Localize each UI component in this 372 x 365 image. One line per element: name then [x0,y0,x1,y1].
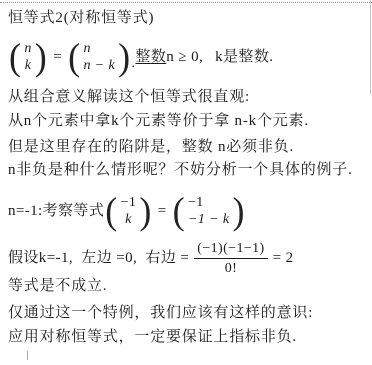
binomial-stack: −1 −1 − k [185,194,233,228]
heading-identity-title: 恒等式2(对称恒等式) [8,9,154,28]
condition-underlined-text: 整数 [135,48,166,67]
table-gridline-right [370,0,371,94]
binomial-upper-index: n [83,40,90,57]
binomial-paren-right: ) [233,192,245,230]
binomial-upper-index: n [24,40,31,57]
binomial-stack: n k [21,40,34,74]
fraction: (−1)(−1−1) 0! [194,240,267,277]
formula-prefix-text: n=-1:考察等式 [8,202,104,221]
paragraph-intro: 从组合意义解读这个恒等式很直观: [8,88,250,107]
formula-symmetric-identity: ( n k ) = ( n n − k ) . 整数 n ≥ 0, k是整数. [8,33,273,81]
formula-evaluation: 假设k=-1, 左边 =0, 右边 = (−1)(−1−1) 0! = 2 [8,240,294,276]
binomial-lhs: ( −1 k ) [105,193,151,229]
paragraph-lesson-intro: 仅通过这一个特例，我们应该有这样的意识: [8,304,313,323]
equals-sign: = [53,48,62,67]
binomial-lower-index: k [25,57,32,74]
formula-prefix-text: 假设k=-1, 左边 =0, 右边 = [8,249,189,268]
binomial-paren-right: ) [35,38,47,76]
paragraph-lesson: 应用对称恒等式，一定要保证上指标非负. [8,328,297,347]
binomial-paren-left: ( [173,192,185,230]
binomial-paren-left: ( [9,38,21,76]
document-page: 恒等式2(对称恒等式) ( n k ) = ( n n − k ) . 整数 n… [0,0,372,365]
fraction-denominator: 0! [225,259,237,277]
binomial-lower-index: n − k [83,57,115,74]
paragraph-combinatorial-meaning: 从n个元素中拿k个元素等价于拿 n-k个元素. [8,112,309,131]
paragraph-trap-warning: 但是这里存在的陷阱是，整数 n必须非负. [8,138,294,157]
binomial-paren-right: ) [139,192,151,230]
binomial-upper-index: −1 [121,194,137,211]
binomial-lower-index: −1 − k [188,211,230,228]
binomial-paren-right: ) [118,38,130,76]
binomial-rhs: ( −1 −1 − k ) [173,193,245,229]
binomial-rhs: ( n n − k ) [68,39,130,75]
condition-text: n ≥ 0, [166,48,203,67]
formula-example-n-minus-1: n=-1:考察等式 ( −1 k ) = ( −1 −1 − k ) [8,187,246,235]
fraction-numerator: (−1)(−1−1) [194,240,267,259]
binomial-paren-left: ( [105,192,117,230]
formula-result-text: = 2 [273,249,294,268]
binomial-paren-left: ( [68,38,80,76]
table-gridline-top [0,2,372,3]
equals-sign: = [158,202,167,221]
binomial-upper-index: −1 [188,194,204,211]
paragraph-question: n非负是种什么情形呢？不妨分析一个具体的例子. [8,161,353,180]
binomial-stack: n n − k [80,40,118,74]
condition-text: k是整数. [215,48,273,67]
paragraph-conclusion: 等式是不成立. [8,277,107,296]
text-cursor [27,351,28,360]
binomial-lower-index: k [125,211,132,228]
binomial-lhs: ( n k ) [9,39,47,75]
binomial-stack: −1 k [118,194,140,228]
